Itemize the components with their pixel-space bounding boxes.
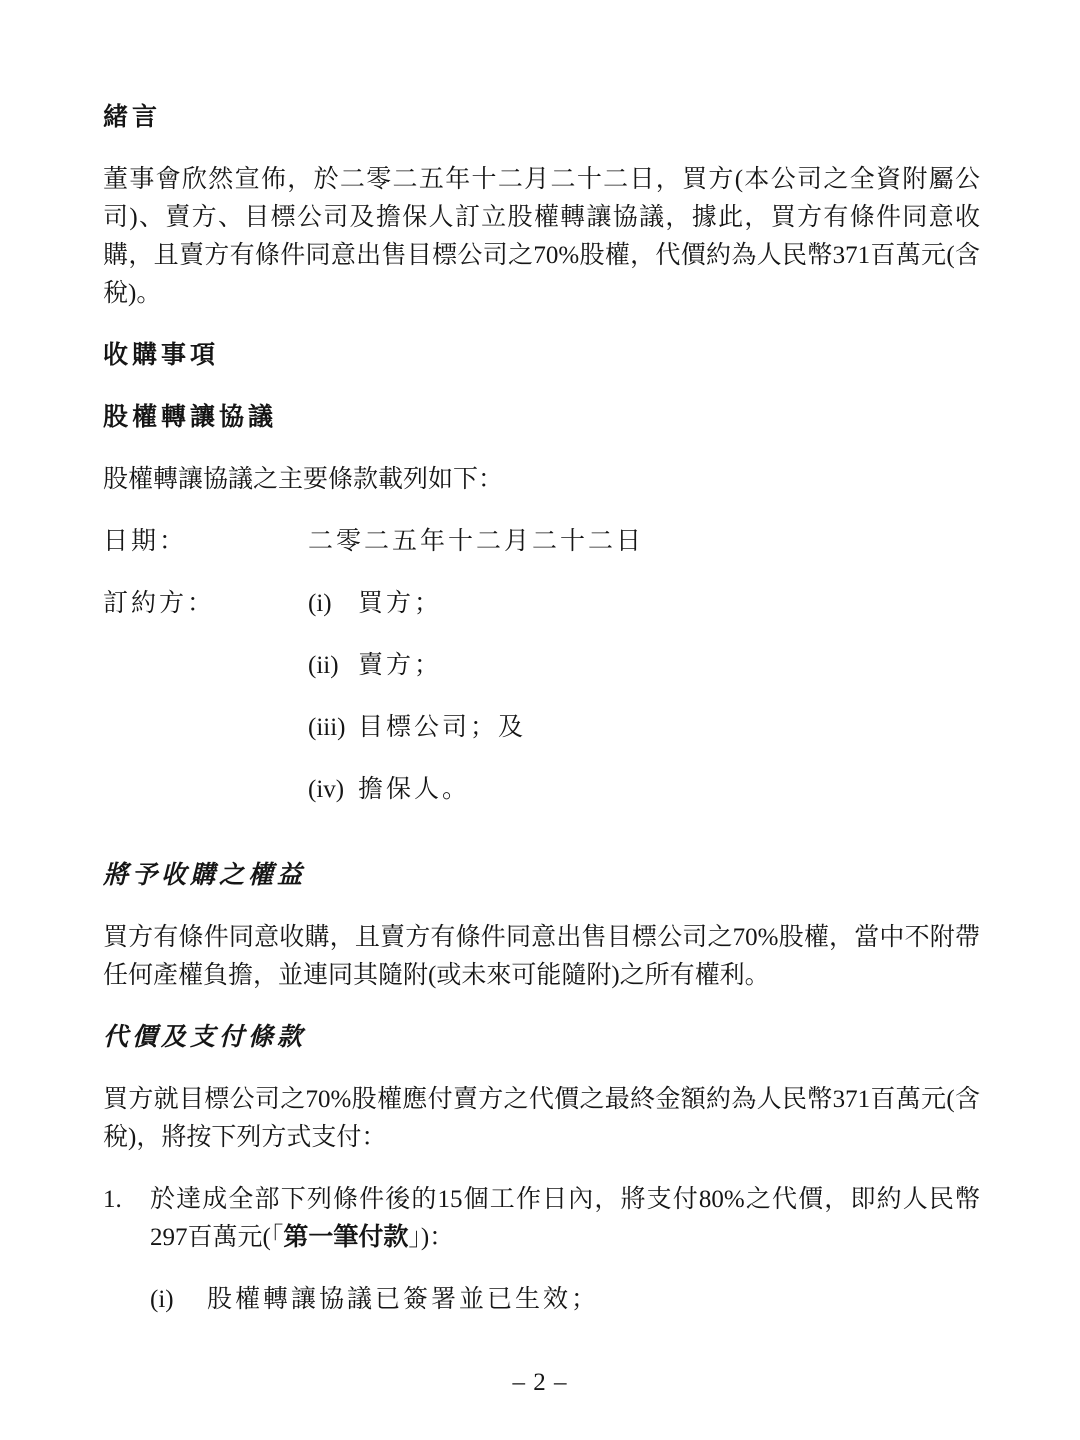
party-text-target-company: 目標公司；及 <box>358 709 526 747</box>
agreement-lead-paragraph: 股權轉讓協議之主要條款載列如下： <box>103 461 980 499</box>
subsection-heading-interest: 將予收購之權益 <box>103 857 980 895</box>
intro-paragraph: 董事會欣然宣佈，於二零二五年十二月二十二日，買方(本公司之全資附屬公司)、賣方、… <box>103 161 980 313</box>
party-marker-ii: (ii) <box>308 647 358 685</box>
interest-paragraph: 買方有條件同意收購，且賣方有條件同意出售目標公司之70%股權，當中不附帶任何產權… <box>103 919 980 995</box>
payment-term-bold-text: 第一筆付款 <box>283 1224 408 1251</box>
parties-list: (i) 買方； (ii) 賣方； (iii) 目標公司；及 (iv) 擔保人。 <box>308 585 980 833</box>
subsection-heading-agreement: 股權轉讓協議 <box>103 399 980 437</box>
party-item-seller: (ii) 賣方； <box>308 647 980 685</box>
document-body: 緒言 董事會欣然宣佈，於二零二五年十二月二十二日，買方(本公司之全資附屬公司)、… <box>103 99 980 1319</box>
parties-label: 訂約方： <box>103 585 308 833</box>
party-text-seller: 賣方； <box>358 647 442 685</box>
payment-term-text-1: 於達成全部下列條件後的15個工作日內，將支付80%之代價，即約人民幣297百萬元… <box>150 1181 980 1257</box>
party-item-target-company: (iii) 目標公司；及 <box>308 709 980 747</box>
section-heading-acquisition: 收購事項 <box>103 337 980 375</box>
payment-term-marker-1: 1. <box>103 1181 150 1257</box>
party-text-buyer: 買方； <box>358 585 442 623</box>
page-number: – 2 – <box>0 1364 1080 1402</box>
party-marker-iv: (iv) <box>308 771 358 809</box>
party-text-guarantor: 擔保人。 <box>358 771 470 809</box>
section-heading-intro: 緒言 <box>103 99 980 137</box>
condition-text-i: 股權轉讓協議已簽署並已生效； <box>207 1281 599 1319</box>
agreement-parties-row: 訂約方： (i) 買方； (ii) 賣方； (iii) 目標公司；及 (iv) … <box>103 585 980 833</box>
consideration-paragraph: 買方就目標公司之70%股權應付賣方之代價之最終金額約為人民幣371百萬元(含稅)… <box>103 1081 980 1157</box>
subsection-heading-consideration: 代價及支付條款 <box>103 1019 980 1057</box>
payment-term-text-after: 」)： <box>408 1224 454 1251</box>
party-item-buyer: (i) 買方； <box>308 585 980 623</box>
payment-term-text-before: 於達成全部下列條件後的15個工作日內，將支付80%之代價，即約人民幣297百萬元… <box>150 1186 980 1251</box>
date-label: 日期： <box>103 523 308 561</box>
condition-marker-i: (i) <box>150 1281 207 1319</box>
party-marker-i: (i) <box>308 585 358 623</box>
party-marker-iii: (iii) <box>308 709 358 747</box>
announcement-page: 緒言 董事會欣然宣佈，於二零二五年十二月二十二日，買方(本公司之全資附屬公司)、… <box>0 0 1080 1440</box>
party-item-guarantor: (iv) 擔保人。 <box>308 771 980 809</box>
payment-term-item-1: 1. 於達成全部下列條件後的15個工作日內，將支付80%之代價，即約人民幣297… <box>103 1181 980 1257</box>
condition-item-i: (i) 股權轉讓協議已簽署並已生效； <box>150 1281 980 1319</box>
date-value: 二零二五年十二月二十二日 <box>308 523 644 561</box>
agreement-date-row: 日期： 二零二五年十二月二十二日 <box>103 523 980 561</box>
